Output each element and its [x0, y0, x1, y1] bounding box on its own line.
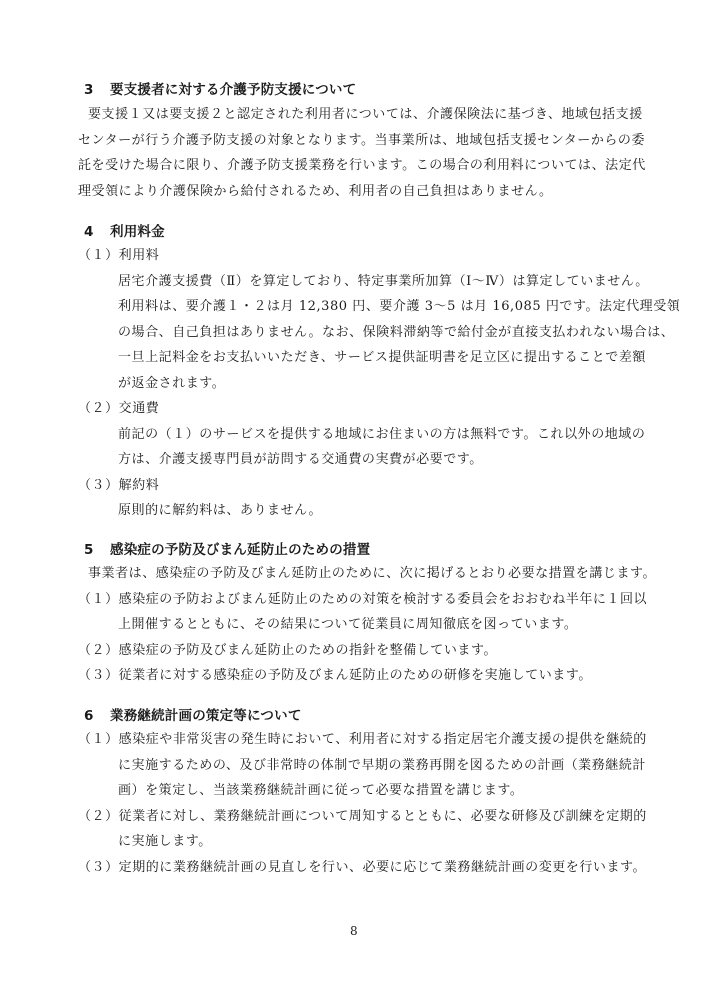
list-item: （１）感染症や非常災害の発生時において、利用者に対する指定居宅介護支援の提供を継… [78, 728, 647, 747]
list-item: （３）定期的に業務継続計画の見直しを行い、必要に応じて業務継続計画の変更を行いま… [78, 856, 646, 875]
paragraph-line: 方は、介護支援専門員が訪問する交通費の実費が必要です。 [118, 448, 483, 467]
paragraph-line: センターが行う介護予防支援の対象となります。当事業所は、地域包括支援センターから… [78, 129, 645, 148]
section-title: 要支援者に対する介護予防支援について [110, 82, 356, 98]
list-text: 従業者に対し、業務継続計画について周知するとともに、必要な研修及び訓練を定期的 [119, 809, 647, 824]
paragraph-line: 一旦上記料金をお支払いいただき、サービス提供証明書を足立区に提出することで差額 [118, 346, 646, 365]
subsection-label: （２）交通費 [78, 397, 159, 416]
section-title: 業務継続計画の策定等について [110, 708, 302, 724]
document-page: 3要支援者に対する介護予防支援について 要支援１又は要支援２と認定された利用者に… [0, 0, 710, 1004]
list-label: （２） [78, 809, 119, 824]
paragraph-line: 要支援１又は要支援２と認定された利用者については、介護保険法に基づき、地域包括支… [88, 103, 643, 122]
paragraph-line: 託を受けた場合に限り、介護予防支援業務を行います。この場合の利用料については、法… [78, 154, 646, 173]
section-6-heading: 6業務継続計画の策定等について [84, 704, 302, 724]
paragraph-line: 原則的に解約料は、ありません。 [118, 499, 322, 518]
page-number: 8 [350, 924, 358, 938]
paragraph-line: が返金されます。 [118, 372, 225, 391]
paragraph-line: に実施するための、及び非常時の体制で早期の業務再開を図るための計画（業務継続計 [118, 754, 646, 773]
subsection-label: （１）利用料 [78, 244, 159, 263]
section-number: 5 [84, 542, 110, 558]
paragraph-line: 理受領により介護保険から給付されるため、利用者の自己負担はありません。 [78, 180, 553, 199]
section-4-heading: 4利用料金 [84, 220, 165, 240]
list-text: 定期的に業務継続計画の見直しを行い、必要に応じて業務継続計画の変更を行います。 [119, 860, 646, 875]
section-5-heading: 5感染症の予防及びまん延防止のための措置 [84, 538, 370, 558]
paragraph-line: 利用料は、要介護１・２は月 12,380 円、要介護 3～5 は月 16,085… [118, 295, 680, 314]
list-label: （３） [78, 668, 119, 683]
list-item: （２）従業者に対し、業務継続計画について周知するとともに、必要な研修及び訓練を定… [78, 805, 647, 824]
list-text: 感染症や非常災害の発生時において、利用者に対する指定居宅介護支援の提供を継続的 [119, 732, 647, 747]
list-item: （２）感染症の予防及びまん延防止のための指針を整備しています。 [78, 639, 497, 658]
paragraph-line: 前記の（１）のサービスを提供する地域にお住まいの方は無料です。これ以外の地域の [118, 423, 645, 442]
section-title: 感染症の予防及びまん延防止のための措置 [110, 542, 370, 558]
section-number: 4 [84, 224, 110, 240]
list-label: （２） [78, 643, 119, 658]
section-number: 6 [84, 708, 110, 724]
paragraph-line: に実施します。 [118, 830, 212, 849]
section-number: 3 [84, 82, 110, 98]
section-title: 利用料金 [110, 224, 165, 240]
section-3-heading: 3要支援者に対する介護予防支援について [84, 78, 356, 98]
list-label: （１） [78, 732, 119, 747]
list-text: 感染症の予防およびまん延防止のための対策を検討する委員会をおおむね半年に１回以 [119, 592, 647, 607]
subsection-label: （３）解約料 [78, 474, 159, 493]
list-item: （３）従業者に対する感染症の予防及びまん延防止のための研修を実施しています。 [78, 664, 592, 683]
paragraph-line: 居宅介護支援費（Ⅱ）を算定しており、特定事業所加算（Ⅰ～Ⅳ）は算定していません。 [118, 270, 649, 289]
paragraph-line: 画）を策定し、当該業務継続計画に従って必要な措置を講じます。 [118, 779, 523, 798]
paragraph-line: 事業者は、感染症の予防及びまん延防止のために、次に掲げるとおり必要な措置を講じま… [88, 562, 656, 581]
list-text: 感染症の予防及びまん延防止のための指針を整備しています。 [119, 643, 497, 658]
list-item: （１）感染症の予防およびまん延防止のための対策を検討する委員会をおおむね半年に１… [78, 588, 647, 607]
paragraph-line: 上開催するとともに、その結果について従業員に周知徹底を図っています。 [118, 613, 577, 632]
list-label: （１） [78, 592, 119, 607]
list-label: （３） [78, 860, 119, 875]
paragraph-line: の場合、自己負担はありません。なお、保険料滞納等で給付金が直接支払われない場合は… [118, 321, 674, 340]
list-text: 従業者に対する感染症の予防及びまん延防止のための研修を実施しています。 [119, 668, 592, 683]
